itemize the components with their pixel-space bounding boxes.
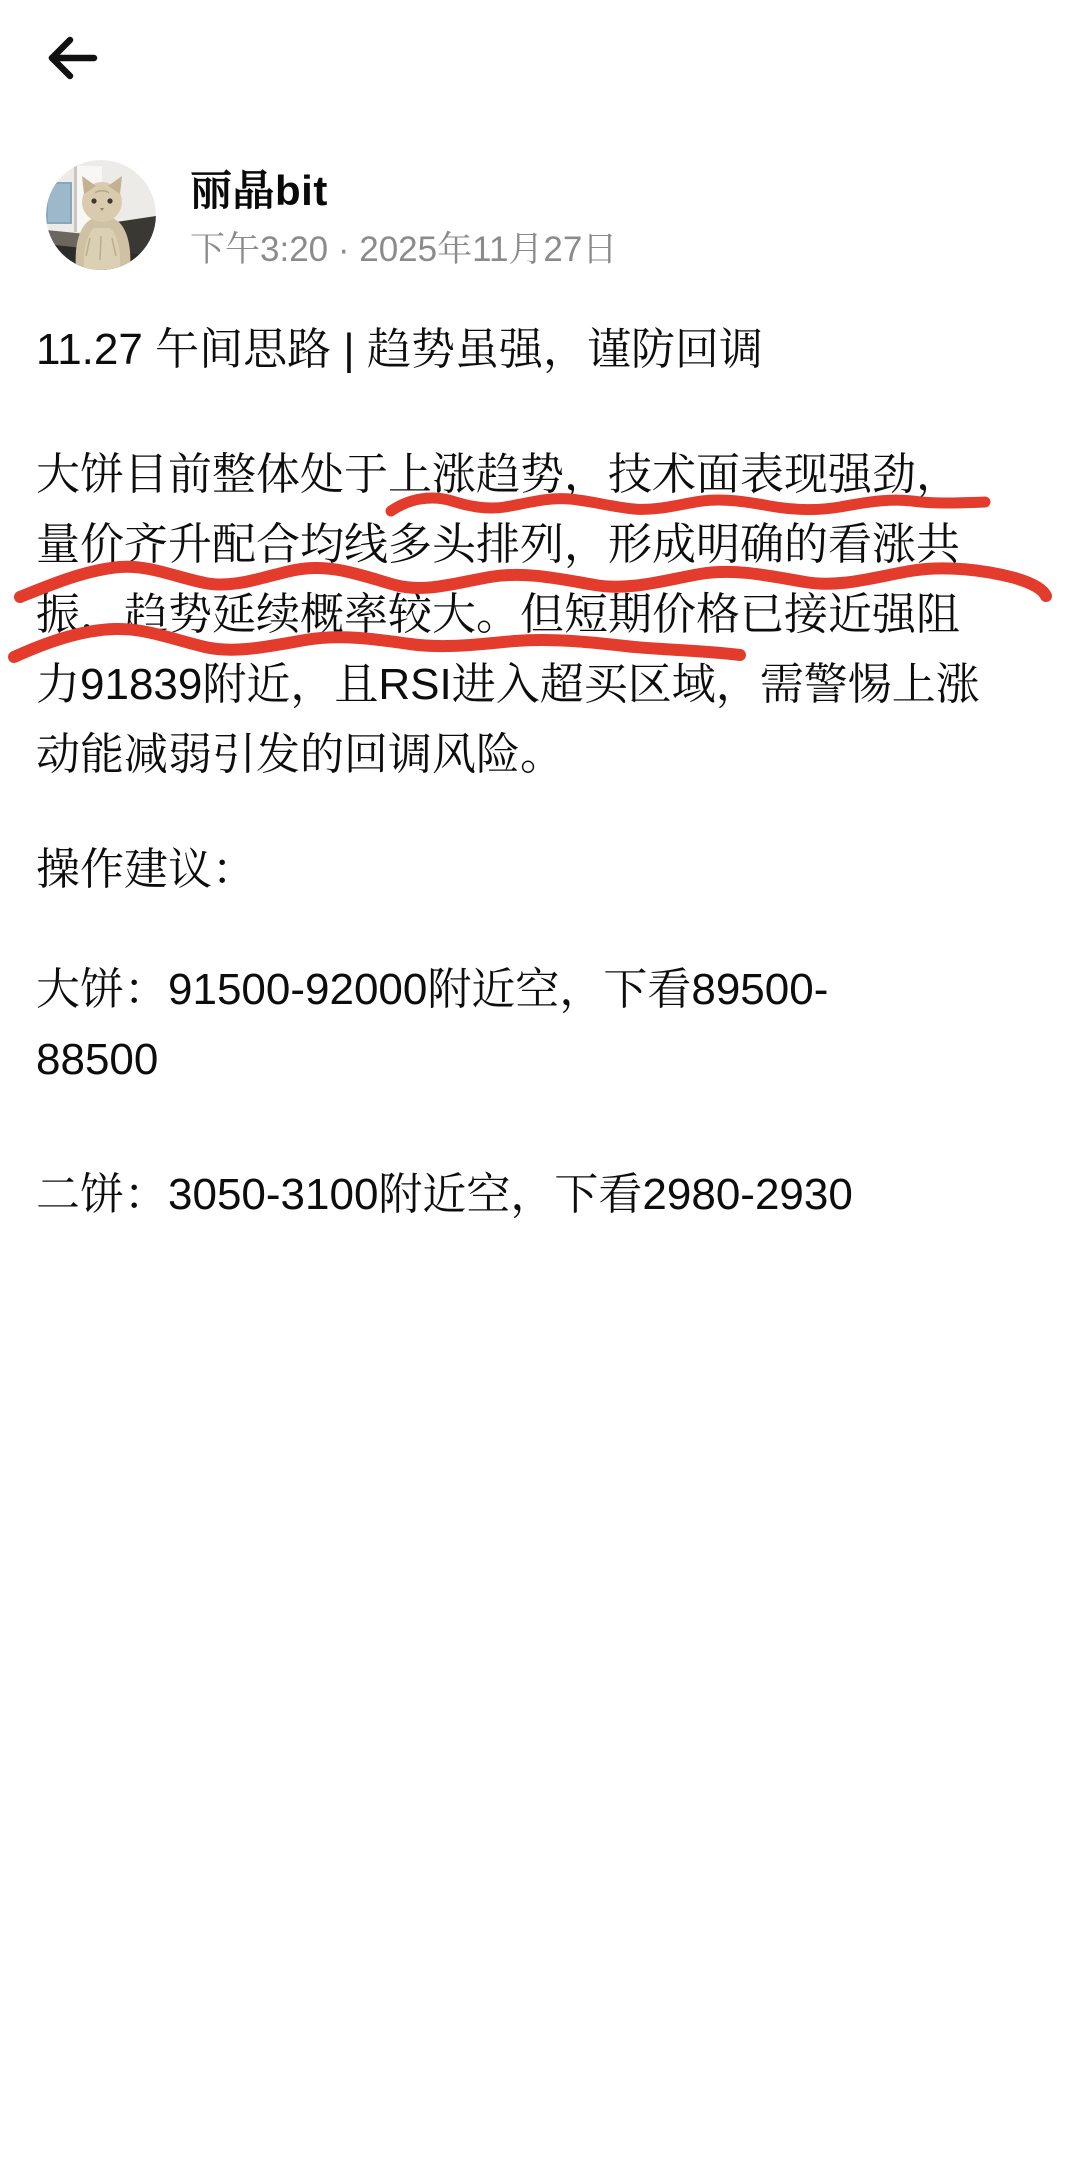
paragraph-line: 大饼目前整体处于上涨趋势，技术面表现强劲， [36,440,1048,510]
post-paragraph: 大饼目前整体处于上涨趋势，技术面表现强劲， 量价齐升配合均线多头排列，形成明确的… [36,440,1048,790]
post-title: 11.27 午间思路 | 趋势虽强，谨防回调 [36,315,1046,385]
author-name: 丽晶bit [190,158,328,218]
btc-advice-line: 大饼：91500-92000附近空，下看89500- [36,955,1048,1025]
post-detail-screen: 丽晶bit 下午3:20 · 2025年11月27日 11.27 午间思路 | … [0,0,1080,2176]
paragraph-line: 振，趋势延续概率较大。但短期价格已接近强阻 [36,580,1048,650]
btc-advice-line: 88500 [36,1025,1048,1095]
paragraph-line: 动能减弱引发的回调风险。 [36,720,1048,790]
cat-avatar-image [46,160,156,270]
paragraph-line: 力91839附近，且RSI进入超买区域，需警惕上涨 [36,650,1048,720]
back-button[interactable] [36,26,108,90]
eth-advice: 二饼：3050-3100附近空，下看2980-2930 [36,1160,1048,1230]
advice-heading: 操作建议： [36,835,1048,905]
post-timestamp: 下午3:20 · 2025年11月27日 [190,222,617,272]
btc-advice: 大饼：91500-92000附近空，下看89500- 88500 [36,955,1048,1095]
avatar[interactable] [46,160,156,270]
left-arrow-icon [42,34,102,82]
paragraph-line: 量价齐升配合均线多头排列，形成明确的看涨共 [36,510,1048,580]
